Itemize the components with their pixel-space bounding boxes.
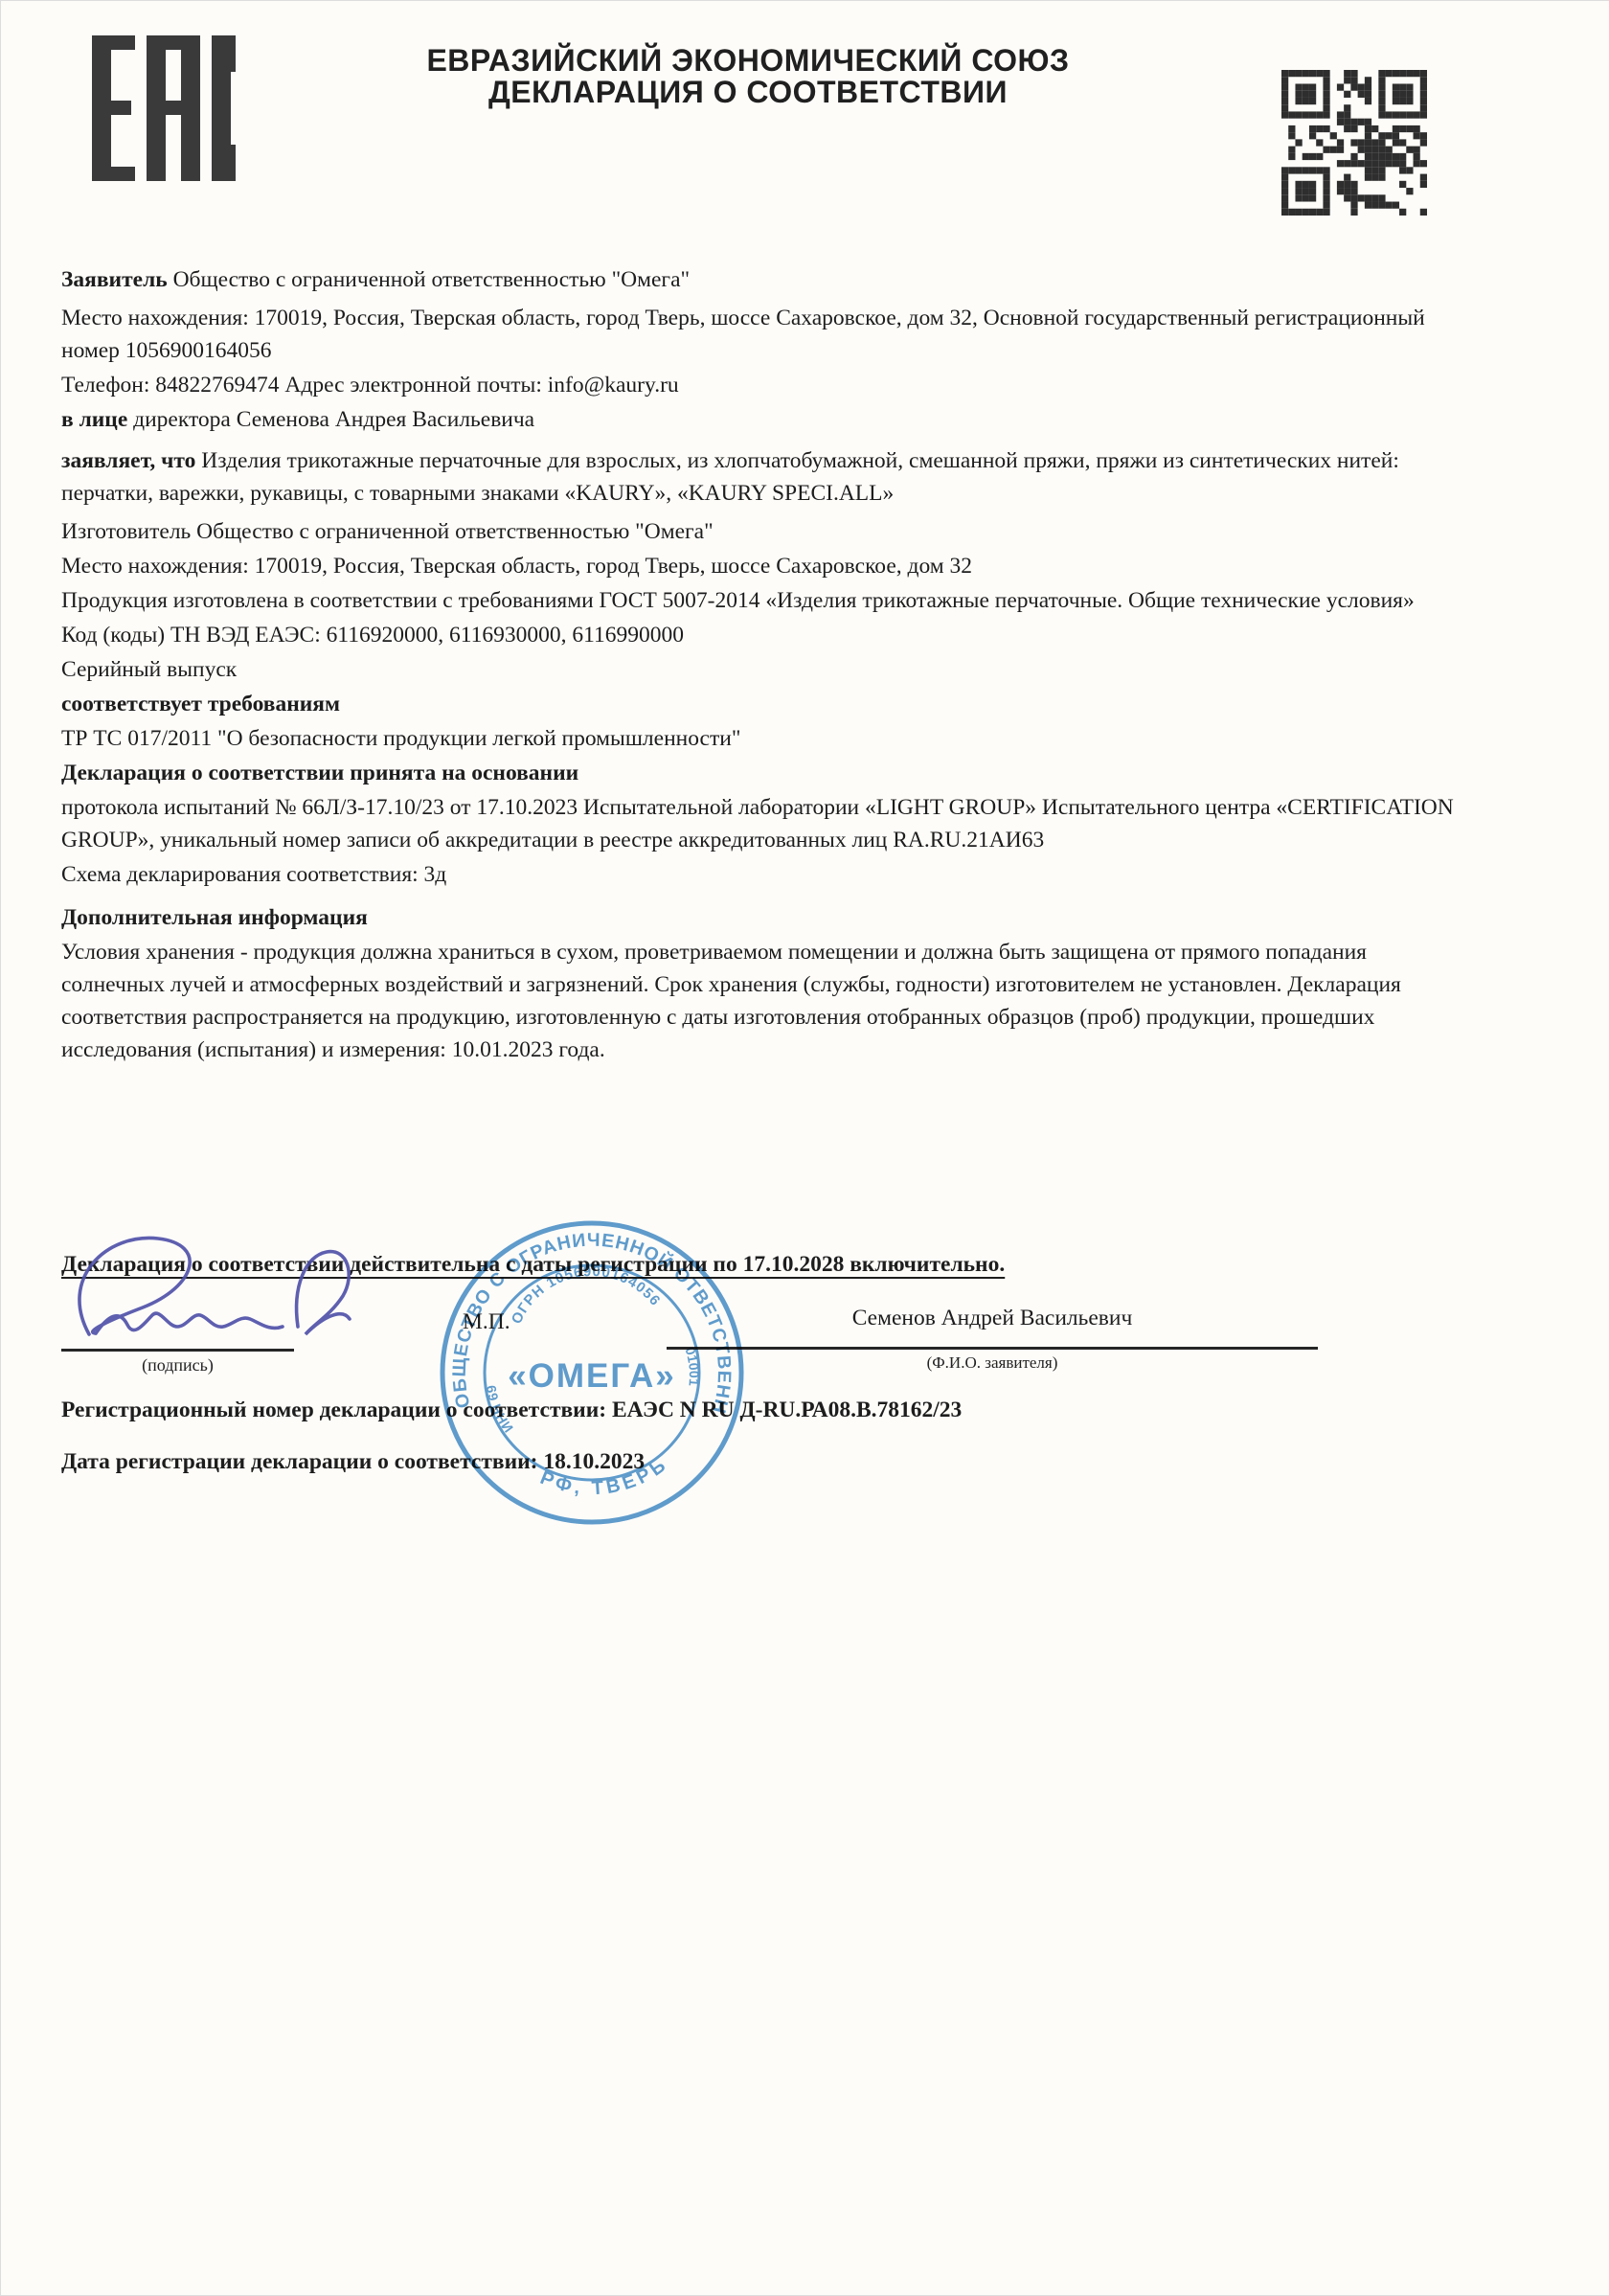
eac-logo-icon: [92, 35, 236, 181]
person-value: директора Семенова Андрея Васильевича: [127, 407, 534, 432]
qr-code-icon: [1281, 70, 1427, 216]
additional-info-heading: Дополнительная информация: [61, 901, 1462, 934]
product-description: Изделия трикотажные перчаточные для взро…: [61, 448, 1399, 506]
basis-heading: Декларация о соответствии принята на осн…: [61, 757, 1462, 789]
declares-line: заявляет, что Изделия трикотажные перчат…: [61, 444, 1462, 510]
declaration-body: Заявитель Общество с ограниченной ответс…: [61, 261, 1462, 1066]
validity-statement: Декларация о соответствии действительна …: [61, 1252, 1460, 1278]
complies-heading: соответствует требованиям: [61, 688, 1462, 720]
signature-caption: (подпись): [61, 1355, 294, 1375]
signature-line: [61, 1349, 294, 1352]
scheme-line: Схема декларирования соответствия: 3д: [61, 858, 1462, 891]
applicant-line: Заявитель Общество с ограниченной ответс…: [61, 263, 1462, 296]
document-page: ЕВРАЗИЙСКИЙ ЭКОНОМИЧЕСКИЙ СОЮЗ ДЕКЛАРАЦИ…: [0, 0, 1609, 2296]
title-line-union: ЕВРАЗИЙСКИЙ ЭКОНОМИЧЕСКИЙ СОЮЗ: [231, 45, 1265, 77]
applicant-contacts: Телефон: 84822769474 Адрес электронной п…: [61, 369, 1462, 401]
registration-date-line: Дата регистрации декларации о соответств…: [61, 1449, 645, 1475]
applicant-value: Общество с ограниченной ответственностью…: [168, 267, 690, 292]
document-title: ЕВРАЗИЙСКИЙ ЭКОНОМИЧЕСКИЙ СОЮЗ ДЕКЛАРАЦИ…: [231, 45, 1265, 108]
manufacturer-address: Место нахождения: 170019, Россия, Тверск…: [61, 550, 1462, 582]
gost-line: Продукция изготовлена в соответствии с т…: [61, 584, 1462, 617]
registration-number-line: Регистрационный номер декларации о соотв…: [61, 1398, 962, 1423]
tnved-codes: Код (коды) ТН ВЭД ЕАЭС: 6116920000, 6116…: [61, 619, 1462, 651]
manufacturer-line: Изготовитель Общество с ограниченной отв…: [61, 515, 1462, 548]
name-caption: (Ф.И.О. заявителя): [667, 1353, 1318, 1373]
additional-info-text: Условия хранения - продукция должна хран…: [61, 936, 1462, 1066]
applicant-label: Заявитель: [61, 267, 168, 292]
applicant-address: Место нахождения: 170019, Россия, Тверск…: [61, 302, 1462, 367]
basis-text: протокола испытаний № 66Л/З-17.10/23 от …: [61, 791, 1462, 856]
title-line-declaration: ДЕКЛАРАЦИЯ О СООТВЕТСТВИИ: [231, 77, 1265, 108]
declares-label: заявляет, что: [61, 448, 195, 473]
authorized-person-line: в лице директора Семенова Андрея Василье…: [61, 403, 1462, 436]
stamp-center-text: «ОМЕГА»: [508, 1357, 676, 1395]
serial-release: Серийный выпуск: [61, 653, 1462, 686]
technical-regulation: ТР ТС 017/2011 "О безопасности продукции…: [61, 722, 1462, 755]
applicant-name: Семенов Андрей Васильевич: [667, 1306, 1318, 1331]
stamp-place-label: М.П.: [463, 1309, 510, 1335]
name-line: [667, 1347, 1318, 1350]
person-label: в лице: [61, 407, 127, 432]
